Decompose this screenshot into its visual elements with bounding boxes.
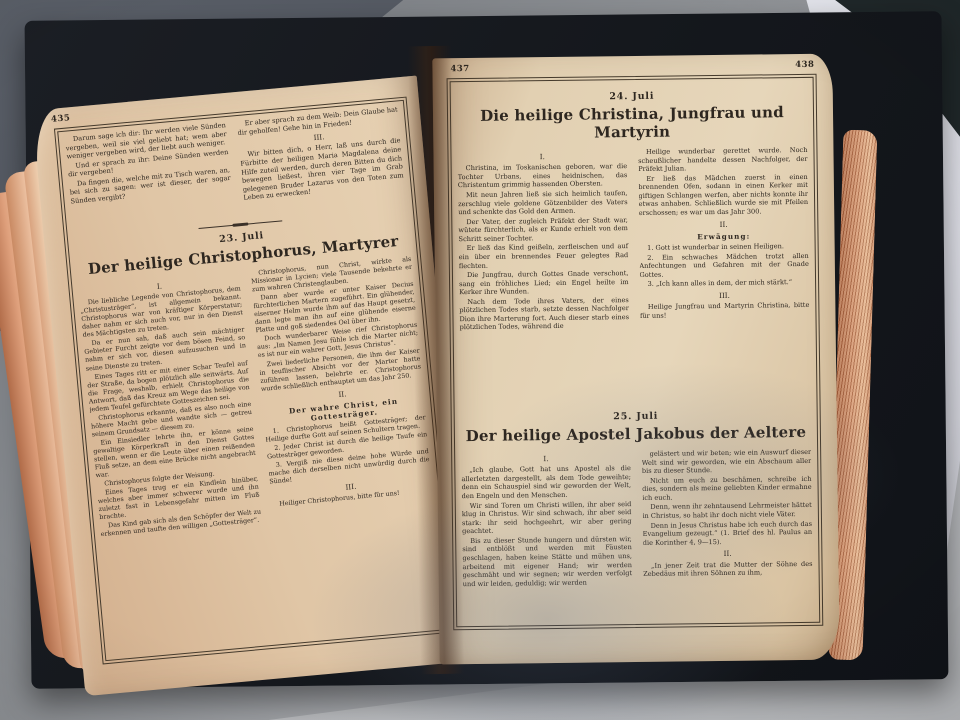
section-date: 24. Juli <box>457 89 807 104</box>
right-page: 437 438 24. Juli Die heilige Christina, … <box>432 54 839 665</box>
paragraph: Er ließ das Kind geißeln, zerfleischen u… <box>459 243 629 271</box>
section-date: 25. Juli <box>461 409 811 424</box>
page-number: 437 <box>450 64 469 74</box>
paragraph: 3. „Ich kann alles in dem, der mich stär… <box>640 278 810 289</box>
paragraph: Er ließ das Mädchen zuerst in einen bren… <box>638 173 808 218</box>
paragraph: I. <box>457 151 627 162</box>
paragraph: 2. Ein schwaches Mädchen trotzt allen An… <box>639 252 809 280</box>
page-number: 438 <box>795 60 814 70</box>
section-body: I.„Ich glaube, Gott hat uns Apostel als … <box>461 448 813 622</box>
page-frame: 24. Juli Die heilige Christina, Jungfrau… <box>447 74 824 630</box>
section-title: Der heilige Apostel Jakobus der Aeltere <box>461 423 811 445</box>
paragraph: Die Jungfrau, durch Gottes Gnade verscho… <box>459 269 629 297</box>
paragraph: Heilige wunderbar gerettet wurde. Noch s… <box>638 146 808 174</box>
section-title: Die heilige Christina, Jungfrau und Mart… <box>457 103 807 143</box>
paragraph: „In jener Zeit trat die Mutter der Söhne… <box>643 559 813 578</box>
text-column: I.Christina, im Toskanischen geboren, wa… <box>457 148 630 406</box>
paragraph: Nicht um euch zu beschämen, schreibe ich… <box>642 475 812 503</box>
text-column: I.„Ich glaube, Gott hat uns Apostel als … <box>461 450 633 622</box>
paragraph: Heilige Jungfrau und Martyrin Christina,… <box>640 301 810 320</box>
paragraph: I. <box>461 453 631 464</box>
paragraph: Mit neun Jahren ließ sie sich heimlich t… <box>458 189 628 217</box>
paragraph: Nach dem Tode ihres Vaters, der eines pl… <box>459 296 629 332</box>
paragraph: II. <box>639 218 809 229</box>
section-body: I.Christina, im Toskanischen geboren, wa… <box>457 146 810 406</box>
paragraph: Denn in Jesus Christus habe ich euch dur… <box>642 519 812 547</box>
text-column: I.Die liebliche Legende von Christophoru… <box>78 271 274 655</box>
paragraph: Christina, im Toskanischen geboren, war … <box>458 162 628 190</box>
paragraph: Erwägung: <box>639 231 809 242</box>
paragraph: „Ich glaube, Gott hat uns Apostel als di… <box>461 464 631 500</box>
paragraph: Bis zu dieser Stunde hungern und dürsten… <box>462 535 632 588</box>
text-column: Heilige wunderbar gerettet wurde. Noch s… <box>638 146 811 404</box>
page-frame: Darum sage ich dir: Ihr werden viele Sün… <box>54 97 455 665</box>
section-divider <box>199 220 283 229</box>
paragraph: II. <box>643 548 813 559</box>
section-body: I.Die liebliche Legende von Christophoru… <box>78 256 444 656</box>
text-column: Christophorus, nun Christ, wirkte als Mi… <box>250 256 444 656</box>
paragraph: III. <box>640 290 810 301</box>
paragraph: Wir sind Toren um Christi willen, ihr ab… <box>462 500 632 536</box>
paragraph: Der Vater, der zugleich Präfekt der Stad… <box>458 216 628 244</box>
paragraph: Denn, wenn ihr zehntausend Lehrmeister h… <box>642 501 812 520</box>
previous-section-end: Darum sage ich dir: Ihr werden viele Sün… <box>65 105 406 232</box>
text-column: Er aber sprach zu dem Weib: Dein Glaube … <box>236 105 406 216</box>
text-column: Darum sage ich dir: Ihr werden viele Sün… <box>65 121 235 232</box>
paragraph: gelästert und wir beten; wie ein Auswurf… <box>642 448 812 476</box>
text-column: gelästert und wir beten; wie ein Auswurf… <box>642 448 814 622</box>
left-page: 435 Darum sage ich dir: Ihr werden viele… <box>32 76 470 697</box>
page-number: 435 <box>51 113 71 125</box>
